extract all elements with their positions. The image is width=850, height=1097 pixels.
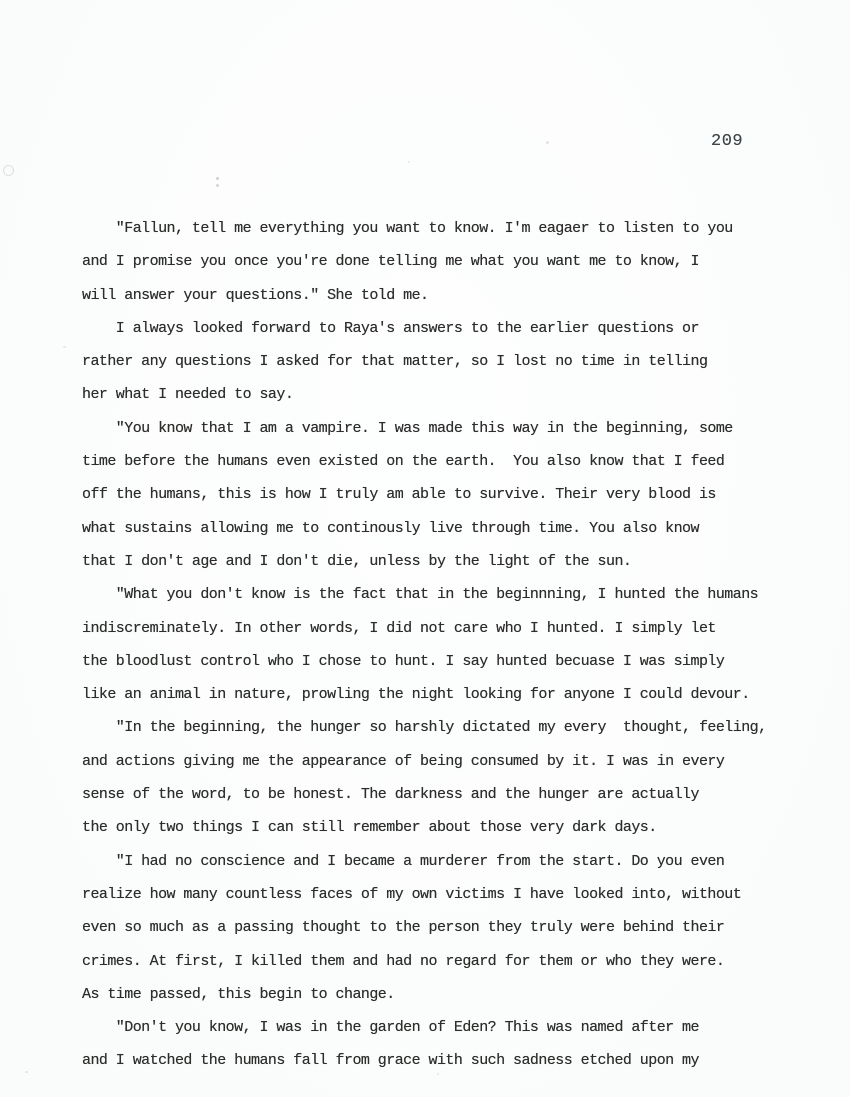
text-line: like an animal in nature, prowling the n… [82,678,802,711]
text-line: "Don't you know, I was in the garden of … [82,1011,802,1044]
text-line: and actions giving me the appearance of … [82,745,802,778]
text-line: and I watched the humans fall from grace… [82,1044,802,1077]
text-line: even so much as a passing thought to the… [82,911,802,944]
scanned-document: { "page": { "page_number": "209", "color… [0,0,850,1097]
scan-speck [216,184,219,187]
scan-mark [3,165,14,176]
text-line: "You know that I am a vampire. I was mad… [82,412,802,445]
text-line: and I promise you once you're done telli… [82,245,802,278]
text-line: I always looked forward to Raya's answer… [82,312,802,345]
text-line: indiscreminately. In other words, I did … [82,612,802,645]
text-line: that I don't age and I don't die, unless… [82,545,802,578]
text-line: will answer your questions." She told me… [82,279,802,312]
document-page: 209 "Fallun, tell me everything you want… [0,0,850,1097]
text-line: "What you don't know is the fact that in… [82,578,802,611]
text-line: her what I needed to say. [82,378,802,411]
text-line: what sustains allowing me to continously… [82,512,802,545]
scan-speck [63,346,66,348]
scan-speck [546,141,549,144]
text-line: "In the beginning, the hunger so harshly… [82,711,802,744]
text-line: time before the humans even existed on t… [82,445,802,478]
text-line: "Fallun, tell me everything you want to … [82,212,802,245]
text-line: the bloodlust control who I chose to hun… [82,645,802,678]
text-line: the only two things I can still remember… [82,811,802,844]
text-line: off the humans, this is how I truly am a… [82,478,802,511]
text-line: "I had no conscience and I became a murd… [82,845,802,878]
scan-speck [408,161,410,163]
text-line: sense of the word, to be honest. The dar… [82,778,802,811]
scan-speck [25,1071,28,1073]
text-line: As time passed, this begin to change. [82,978,802,1011]
typewritten-text: "Fallun, tell me everything you want to … [82,212,802,1078]
scan-speck [437,1073,439,1075]
text-line: realize how many countless faces of my o… [82,878,802,911]
text-line: crimes. At first, I killed them and had … [82,945,802,978]
scan-speck [216,177,219,180]
page-number: 209 [711,133,743,150]
text-line: rather any questions I asked for that ma… [82,345,802,378]
